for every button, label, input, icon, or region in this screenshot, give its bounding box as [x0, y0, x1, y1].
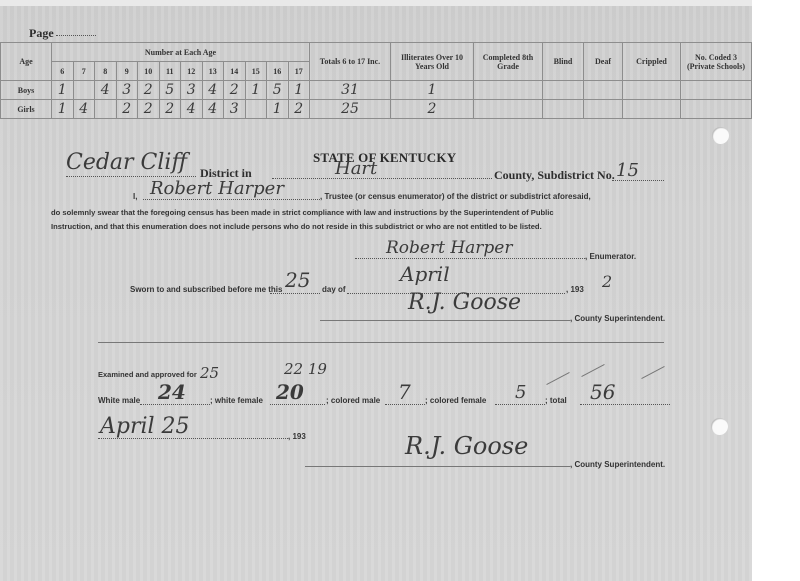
county-field	[272, 178, 492, 179]
boys-age-8: 4	[95, 81, 117, 100]
check-mark	[546, 372, 569, 385]
age-11: 11	[159, 62, 181, 81]
check-mark	[641, 366, 664, 379]
boys-age-11: 5	[159, 81, 181, 100]
superintendent-signature-2: R.J. Goose	[405, 432, 528, 460]
page-number-field	[56, 35, 96, 36]
boys-illiterates: 1	[391, 81, 474, 100]
girls-age-9: 2	[116, 100, 138, 119]
girls-age-14: 3	[224, 100, 246, 119]
enumerator-signature: Robert Harper	[386, 238, 513, 258]
oath-statement-line1: , Trustee (or census enumerator) of the …	[320, 192, 591, 201]
sworn-day-handwritten: 25	[285, 268, 310, 292]
boys-crippled	[623, 81, 681, 100]
totals-header: Totals 6 to 17 Inc.	[310, 43, 391, 81]
section-divider	[98, 342, 664, 343]
trustee-name-field	[143, 199, 320, 200]
girls-illiterates: 2	[391, 100, 474, 119]
girls-total: 25	[310, 100, 391, 119]
top-edge	[0, 0, 752, 6]
row-label-boys: Boys	[1, 81, 52, 100]
i-label: I,	[133, 192, 137, 201]
approval-date-handwritten: April 25	[100, 414, 190, 439]
boys-age-15: 1	[245, 81, 267, 100]
age-14: 14	[224, 62, 246, 81]
white-male-label: White male	[98, 396, 140, 405]
girls-age-12: 4	[181, 100, 203, 119]
girls-blind	[543, 100, 584, 119]
superintendent-label-2: , County Superintendent.	[570, 460, 665, 469]
total-field	[580, 404, 670, 405]
sworn-label: Sworn to and subscribed before me this	[130, 285, 282, 294]
white-male-handwritten: 24	[158, 380, 186, 404]
age-15: 15	[245, 62, 267, 81]
superintendent-label-1: , County Superintendent.	[570, 314, 665, 323]
boys-age-12: 3	[181, 81, 203, 100]
district-name-handwritten: Cedar Cliff	[66, 150, 187, 175]
girls-age-11: 2	[159, 100, 181, 119]
boys-age-9: 3	[116, 81, 138, 100]
county-subdistrict-label: County, Subdistrict No.	[494, 168, 615, 183]
colored-female-handwritten: 5	[515, 382, 526, 403]
enumerator-label: , Enumerator.	[585, 252, 636, 261]
girls-age-6: 1	[52, 100, 74, 119]
sworn-month-handwritten: April	[400, 262, 450, 286]
oath-statement-line2: do solemnly swear that the foregoing cen…	[51, 208, 554, 217]
white-male-field	[140, 404, 210, 405]
boys-age-14: 2	[224, 81, 246, 100]
boys-age-6: 1	[52, 81, 74, 100]
age-10: 10	[138, 62, 160, 81]
girls-age-10: 2	[138, 100, 160, 119]
colored-male-label: ; colored male	[326, 396, 380, 405]
deaf-header: Deaf	[584, 43, 623, 81]
age-9: 9	[116, 62, 138, 81]
subdistrict-handwritten: 15	[616, 160, 639, 181]
white-female-correction: 22 19	[284, 360, 327, 378]
boys-age-17: 1	[288, 81, 310, 100]
superintendent-signature-1: R.J. Goose	[408, 290, 521, 315]
table-row-boys: Boys 1 4 3 2 5 3 4 2 1 5 1 31 1	[1, 81, 752, 100]
header-row-1: Age Number at Each Age Totals 6 to 17 In…	[1, 43, 752, 62]
age-13: 13	[202, 62, 224, 81]
trustee-name-handwritten: Robert Harper	[150, 178, 284, 199]
boys-completed-8th	[474, 81, 543, 100]
boys-age-16: 5	[267, 81, 289, 100]
examined-label: Examined and approved for	[98, 370, 197, 379]
boys-blind	[543, 81, 584, 100]
county-handwritten: Hart	[335, 158, 377, 179]
binder-hole-bottom	[711, 418, 728, 435]
white-female-field	[270, 404, 325, 405]
boys-deaf	[584, 81, 623, 100]
girls-age-7: 4	[73, 100, 95, 119]
colored-male-field	[385, 404, 425, 405]
boys-total: 31	[310, 81, 391, 100]
colored-female-label: ; colored female	[425, 396, 486, 405]
row-label-girls: Girls	[1, 100, 52, 119]
oath-statement-line3: Instruction, and that this enumeration d…	[51, 222, 542, 231]
census-table: Age Number at Each Age Totals 6 to 17 In…	[0, 42, 752, 119]
colored-male-handwritten: 7	[398, 380, 411, 404]
approval-year-prefix: , 193	[288, 432, 306, 441]
girls-private	[681, 100, 752, 119]
age-16: 16	[267, 62, 289, 81]
table-row-girls: Girls 1 4 2 2 2 4 4 3 1 2 25 2	[1, 100, 752, 119]
girls-age-15	[245, 100, 267, 119]
total-label: ; total	[545, 396, 567, 405]
district-name-field	[66, 176, 196, 177]
age-header: Age	[1, 43, 52, 81]
boys-private	[681, 81, 752, 100]
boys-age-13: 4	[202, 81, 224, 100]
boys-age-10: 2	[138, 81, 160, 100]
girls-age-17: 2	[288, 100, 310, 119]
girls-completed-8th	[474, 100, 543, 119]
examined-note: 25	[200, 364, 219, 382]
binder-hole-top	[712, 127, 729, 144]
private-schools-header: No. Coded 3 (Private Schools)	[681, 43, 752, 81]
age-6: 6	[52, 62, 74, 81]
number-at-each-age-header: Number at Each Age	[52, 43, 310, 62]
sworn-day-field	[270, 293, 320, 294]
age-12: 12	[181, 62, 203, 81]
illiterates-header: Illiterates Over 10 Years Old	[391, 43, 474, 81]
blind-header: Blind	[543, 43, 584, 81]
white-female-label: ; white female	[210, 396, 263, 405]
girls-deaf	[584, 100, 623, 119]
total-handwritten: 56	[590, 380, 615, 404]
completed-8th-header: Completed 8th Grade	[474, 43, 543, 81]
superintendent-signature-line-1	[320, 320, 570, 321]
sworn-year-handwritten: 2	[602, 272, 612, 291]
girls-crippled	[623, 100, 681, 119]
girls-age-16: 1	[267, 100, 289, 119]
sworn-year-prefix: , 193	[566, 285, 584, 294]
girls-age-13: 4	[202, 100, 224, 119]
census-form-sheet: Page Age Number at Each Age Totals 6 to …	[0, 0, 752, 581]
white-female-handwritten: 20	[276, 380, 304, 404]
crippled-header: Crippled	[623, 43, 681, 81]
age-17: 17	[288, 62, 310, 81]
boys-age-7	[73, 81, 95, 100]
superintendent-signature-line-2	[305, 466, 570, 467]
approval-date-field	[98, 438, 288, 439]
age-8: 8	[95, 62, 117, 81]
girls-age-8	[95, 100, 117, 119]
colored-female-field	[495, 404, 545, 405]
age-7: 7	[73, 62, 95, 81]
day-of-label: day of	[322, 285, 346, 294]
page-label: Page	[29, 26, 54, 41]
check-mark	[581, 364, 604, 377]
enumerator-signature-line	[355, 258, 585, 259]
